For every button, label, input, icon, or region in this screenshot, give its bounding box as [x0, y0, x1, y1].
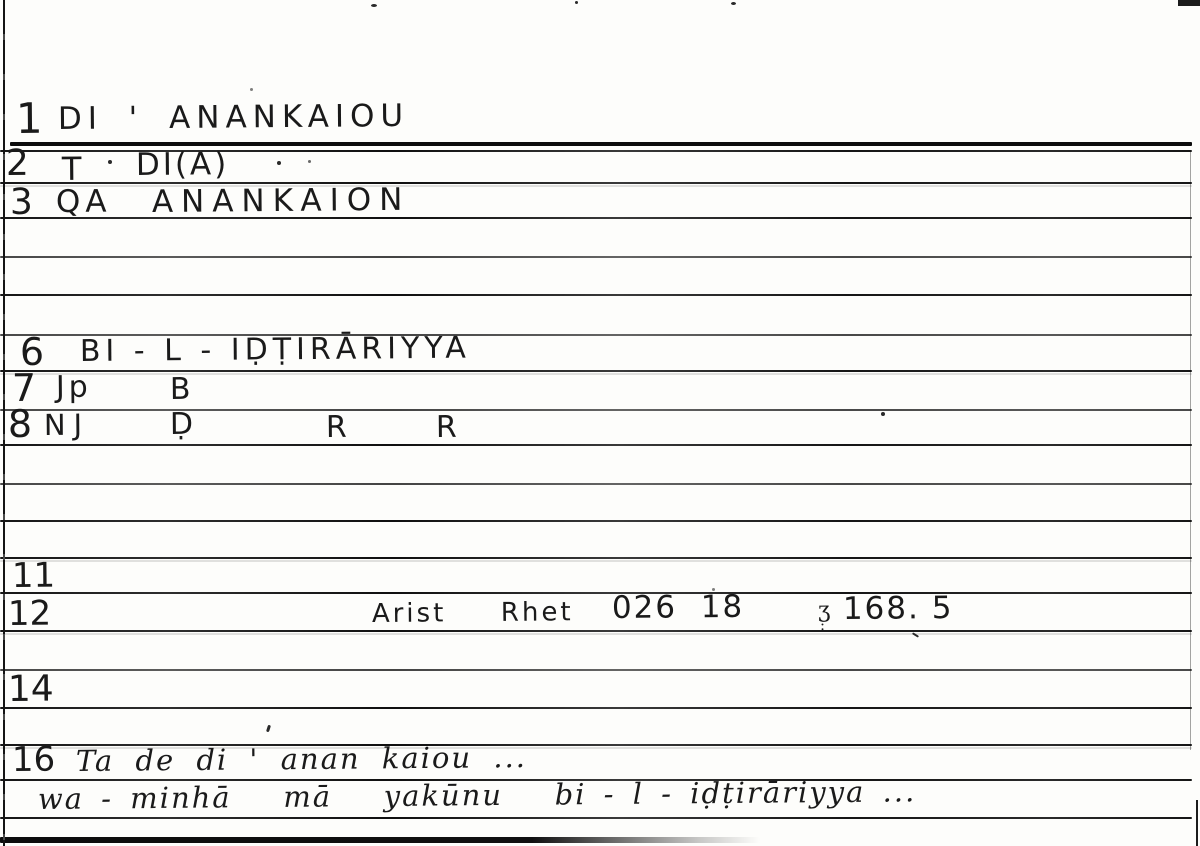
row-text-abbrev: T	[62, 153, 88, 185]
row-text-greek: ANANKAION	[152, 185, 411, 218]
row-number: 12	[8, 597, 52, 631]
scan-speck	[731, 2, 736, 5]
scan-speck	[371, 4, 377, 7]
scanned-card: 1 DI ' ANANKAIOU 2 T DI(A) 3 QA ANANKAIO…	[0, 0, 1200, 846]
row-text-letter: Ḍ	[170, 410, 193, 440]
ruled-line-heavy	[10, 142, 1192, 146]
row-text-arabic-quote: wa - minhā mā yakūnu bi - l - iḍṭirāriyy…	[38, 777, 917, 814]
right-border	[1190, 150, 1191, 750]
ruled-line	[0, 256, 1192, 258]
row-number: 16	[12, 743, 56, 777]
row-text-abbrev: QA	[56, 187, 112, 218]
ruled-line	[0, 707, 1192, 709]
right-border-bottom	[1196, 800, 1198, 846]
ruled-line	[0, 630, 1192, 632]
left-border	[3, 0, 5, 846]
citation-locus: 026 18	[612, 592, 745, 624]
ruled-line	[0, 294, 1192, 296]
scan-speck	[712, 588, 715, 591]
corner-mark	[1178, 0, 1200, 6]
citation-page: 168. 5	[843, 593, 954, 625]
row-text-letter: R	[436, 413, 457, 443]
row-text-abbrev: Jp	[56, 373, 92, 403]
ruled-line	[0, 557, 1192, 559]
row-number: 3	[10, 185, 33, 221]
stray-tick-mark	[912, 632, 919, 637]
ruled-line	[0, 817, 1192, 819]
scan-speck	[250, 88, 253, 91]
stray-apostrophe-mark	[266, 725, 271, 733]
ruled-line	[0, 520, 1192, 522]
row-text-abbrev: B	[170, 375, 191, 405]
ruled-line	[0, 669, 1192, 671]
row-text-arabic-lemma: BI - L - IḌṬIRĀRIYYA	[80, 334, 471, 367]
scan-speck	[108, 160, 112, 164]
row-text-greek-lemma: DI ' ANANKAIOU	[58, 101, 410, 135]
row-number: 8	[8, 405, 33, 443]
row-number: 2	[6, 146, 29, 182]
row-text-abbrev: NJ	[44, 411, 91, 440]
scan-speck	[308, 160, 311, 163]
scan-speck	[881, 412, 885, 416]
citation-work: Arist Rhet	[372, 599, 574, 627]
row-text-greek-quote: Ta de di ' anan kaiou ...	[76, 743, 527, 776]
row-number: 1	[16, 98, 43, 140]
row-text-letter: R	[326, 413, 347, 443]
row-number: 11	[12, 559, 56, 593]
citation-siglum-dots: :	[820, 618, 825, 633]
scan-speck	[277, 161, 281, 165]
ruled-line	[0, 592, 1192, 594]
row-text-greek: DI(A)	[136, 149, 230, 181]
ruled-line	[0, 444, 1192, 446]
row-number: 14	[8, 672, 54, 708]
ruled-line-bottom-heavy	[0, 837, 760, 843]
scan-speck	[575, 1, 578, 4]
ruled-line	[0, 483, 1192, 485]
